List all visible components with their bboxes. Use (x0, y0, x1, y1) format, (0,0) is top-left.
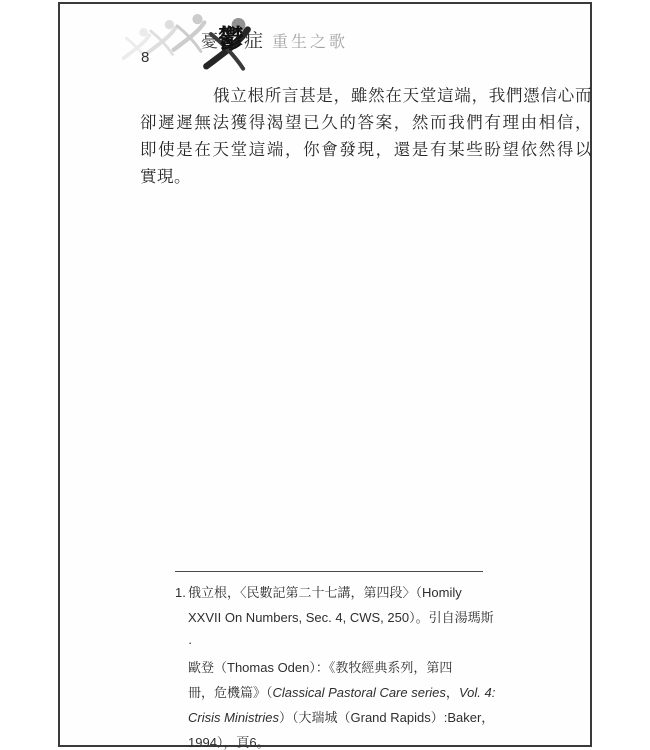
paragraph-line-2: 卻遲遲無法獲得渴望已久的答案，然而我們有理由相信， (140, 109, 592, 136)
footnote-marker: 1. (175, 580, 188, 605)
paragraph-line-1: 俄立根所言甚是，雖然在天堂這端，我們憑信心而行 (140, 82, 592, 109)
footnote-line-2: XXVII On Numbers, Sec. 4, CWS, 250）。引自湯瑪… (175, 605, 497, 655)
title-char-zheng: 症 (244, 26, 263, 53)
footnote-block: 1. 俄立根，〈民數記第二十七講，第四段〉（Homily XXVII On Nu… (175, 580, 497, 750)
footnote-line-3: 歐登（Thomas Oden）：《教牧經典系列，第四 (175, 655, 497, 680)
footnote-separator-rule (175, 571, 483, 572)
book-title: 憂鬱症重生之歌 (201, 18, 348, 55)
footnote-volume-italic: Vol. 4: (459, 685, 495, 700)
body-paragraph: 俄立根所言甚是，雖然在天堂這端，我們憑信心而行 卻遲遲無法獲得渴望已久的答案，然… (140, 82, 592, 190)
footnote-line-4-mid: ， (446, 685, 459, 700)
title-char-you: 憂 (201, 27, 218, 52)
page-number: 8 (141, 49, 149, 66)
footnote-line-4-pre: 冊，危機篇》（ (188, 685, 273, 700)
footnote-crisis-ministries-italic: Crisis Ministries (188, 710, 279, 725)
paragraph-line-4: 實現。 (140, 163, 592, 190)
book-page-scan: 憂鬱症重生之歌 8 俄立根所言甚是，雖然在天堂這端，我們憑信心而行 卻遲遲無法獲… (0, 0, 650, 750)
footnote-line-5: Crisis Ministries）（大瑞城（Grand Rapids）:Bak… (175, 705, 497, 730)
paragraph-line-3: 即使是在天堂這端，你會發現，還是有某些盼望依然得以 (140, 136, 592, 163)
footnote-line-6: 1994），頁6。 (175, 730, 497, 750)
footnote-line-1: 1. 俄立根，〈民數記第二十七講，第四段〉（Homily (175, 580, 497, 605)
footnote-series-title-italic: Classical Pastoral Care series (273, 685, 446, 700)
footnote-line-5-rest: ）（大瑞城（Grand Rapids）:Baker， (279, 710, 494, 725)
title-char-yu: 鬱 (218, 19, 244, 56)
footnote-line-4: 冊，危機篇》（Classical Pastoral Care series，Vo… (175, 680, 497, 705)
page-border-frame: 憂鬱症重生之歌 8 俄立根所言甚是，雖然在天堂這端，我們憑信心而行 卻遲遲無法獲… (58, 2, 592, 747)
book-subtitle: 重生之歌 (272, 29, 348, 52)
footnote-line-1-text: 俄立根，〈民數記第二十七講，第四段〉（Homily (188, 580, 462, 605)
